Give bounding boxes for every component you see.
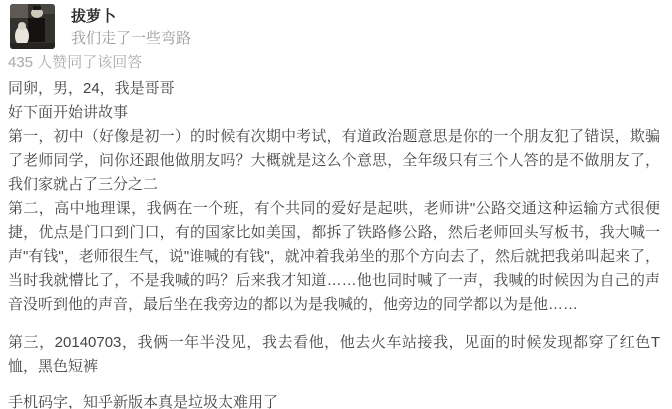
answer-paragraph: 第三，20140703，我俩一年半没见，我去看他，他去火车站接我，见面的时候发现… <box>8 331 660 379</box>
user-tagline: 我们走了一些弯路 <box>71 28 191 50</box>
answer-header: 拔萝卜 我们走了一些弯路 <box>0 0 672 49</box>
answer-paragraph: 手机码字，知乎新版本真是垃圾太难用了 <box>8 391 660 409</box>
username[interactable]: 拔萝卜 <box>71 6 191 28</box>
answer-content: 同卵，男，24，我是哥哥 好下面开始讲故事 第一，初中（好像是初一）的时候有次期… <box>8 73 660 409</box>
upvote-count-text: 435 人赞同了该回答 <box>8 53 672 73</box>
avatar-photo <box>10 4 55 49</box>
answer-card: 拔萝卜 我们走了一些弯路 435 人赞同了该回答 同卵，男，24，我是哥哥 好下… <box>0 0 672 409</box>
answer-paragraph: 好下面开始讲故事 <box>8 101 660 125</box>
user-meta: 拔萝卜 我们走了一些弯路 <box>71 4 191 50</box>
answer-paragraph: 同卵，男，24，我是哥哥 <box>8 77 660 101</box>
answer-paragraph: 第二，高中地理课，我俩在一个班，有个共同的爱好是起哄，老师讲"公路交通这种运输方… <box>8 197 660 317</box>
user-avatar[interactable] <box>10 4 55 49</box>
answer-paragraph: 第一，初中（好像是初一）的时候有次期中考试，有道政治题意思是你的一个朋友犯了错误… <box>8 125 660 197</box>
